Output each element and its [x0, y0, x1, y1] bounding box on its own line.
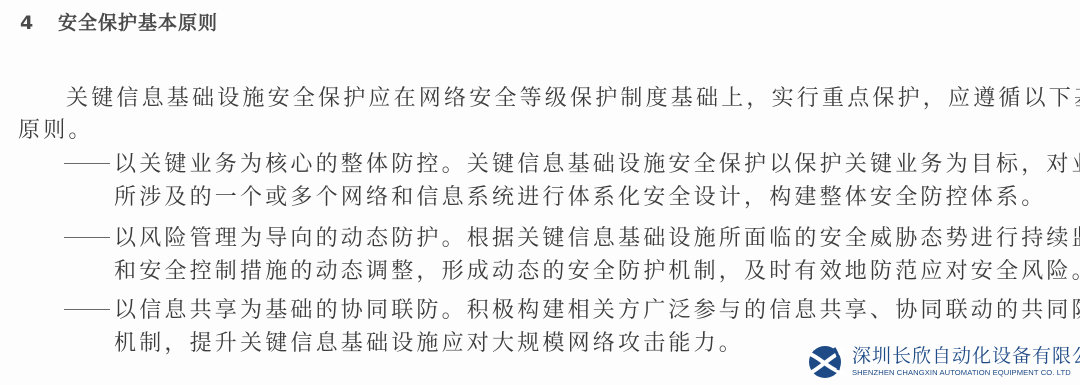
- principle-1-line-2: 所涉及的一个或多个网络和信息系统进行体系化安全设计，构建整体安全防控体系。: [114, 183, 1046, 213]
- intro-line-1: 关键信息基础设施安全保护应在网络安全等级保护制度基础上，实行重点保护，应遵循以下…: [66, 84, 1080, 114]
- principle-3-line-1: 以信息共享为基础的协同联防。积极构建相关方广泛参与的信息共享、协同联动的共同防护: [64, 296, 1080, 326]
- principle-2-text-1: 以风险管理为导向的动态防护。根据关键信息基础设施所面临的安全威胁态势进行持续监测: [114, 226, 1080, 251]
- section-heading: 4安全保护基本原则: [20, 8, 218, 35]
- principle-2-line-1: 以风险管理为导向的动态防护。根据关键信息基础设施所面临的安全威胁态势进行持续监测: [64, 224, 1080, 254]
- principle-2-line-2: 和安全控制措施的动态调整，形成动态的安全防护机制，及时有效地防范应对安全风险。: [114, 257, 1080, 287]
- principle-3-line-2: 机制，提升关键信息基础设施应对大规模网络攻击能力。: [114, 329, 744, 359]
- em-dash: [64, 237, 110, 238]
- company-watermark: 深圳长欣自动化设备有限公司 SHENZHEN CHANGXIN AUTOMATI…: [808, 344, 1080, 380]
- section-number: 4: [20, 12, 58, 34]
- em-dash: [64, 309, 110, 310]
- principle-1-text-1: 以关键业务为核心的整体防控。关键信息基础设施安全保护以保护关键业务为目标，对业务: [114, 152, 1080, 177]
- principle-3-text-1: 以信息共享为基础的协同联防。积极构建相关方广泛参与的信息共享、协同联动的共同防护: [114, 298, 1080, 323]
- document-page: 4安全保护基本原则 关键信息基础设施安全保护应在网络安全等级保护制度基础上，实行…: [0, 0, 1080, 385]
- em-dash: [64, 163, 110, 164]
- section-title: 安全保护基本原则: [58, 12, 218, 34]
- principle-1-line-1: 以关键业务为核心的整体防控。关键信息基础设施安全保护以保护关键业务为目标，对业务: [64, 150, 1080, 180]
- company-logo-icon: [808, 344, 846, 380]
- intro-line-2: 原则。: [18, 116, 94, 146]
- company-name-en: SHENZHEN CHANGXIN AUTOMATION EQUIPMENT C…: [852, 367, 1080, 378]
- company-name-cn: 深圳长欣自动化设备有限公司: [852, 346, 1080, 367]
